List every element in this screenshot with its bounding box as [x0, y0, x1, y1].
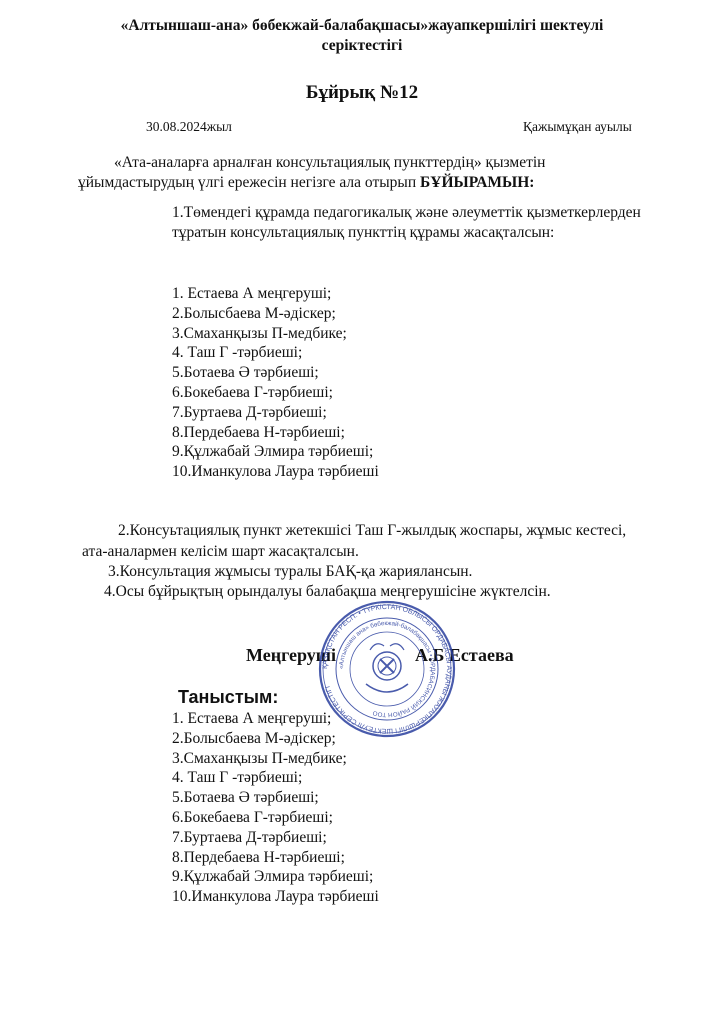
member-item: 9.Құлжабай Элмира тәрбиеші;: [172, 442, 379, 462]
organization-name: «Алтыншаш-ана» бөбекжай-балабақшасы»жауа…: [0, 16, 724, 56]
organization-line-1: «Алтыншаш-ана» бөбекжай-балабақшасы»жауа…: [0, 16, 724, 36]
member-item: 7.Буртаева Д-тәрбиеші;: [172, 403, 379, 423]
order-item-3: 3.Консультация жұмысы туралы БАҚ-қа жари…: [108, 563, 472, 581]
member-item: 5.Ботаева Ә тәрбиеші;: [172, 363, 379, 383]
ack-member-item: 5.Ботаева Ә тәрбиеші;: [172, 788, 379, 808]
member-item: 2.Болысбаева М-әдіскер;: [172, 304, 379, 324]
organization-line-2: серіктестігі: [0, 36, 724, 56]
member-item: 6.Бокебаева Г-тәрбиеші;: [172, 383, 379, 403]
document-place: Қажымұқан ауылы: [523, 119, 632, 135]
order-item-1: 1.Төмендегі құрамда педагогикалық және ә…: [172, 203, 642, 243]
acknowledgement-list: 1. Естаева А меңгеруші; 2.Болысбаева М-ә…: [172, 709, 379, 907]
intro-line-1: «Ата-аналарға арналған консультациялық п…: [78, 153, 698, 173]
member-item: 10.Иманкулова Лаура тәрбиеші: [172, 462, 379, 482]
member-item: 3.Смаханқызы П-медбике;: [172, 324, 379, 344]
ack-member-item: 4. Таш Г -тәрбиеші;: [172, 768, 379, 788]
svg-text:«Алтыншаш ана» бөбекжай-балаба: «Алтыншаш ана» бөбекжай-балабақшасы • ОР…: [338, 620, 436, 718]
intro-paragraph: «Ата-аналарға арналған консультациялық п…: [78, 153, 698, 193]
member-item: 1. Естаева А меңгеруші;: [172, 284, 379, 304]
ack-member-item: 2.Болысбаева М-әдіскер;: [172, 729, 379, 749]
ack-member-item: 9.Құлжабай Элмира тәрбиеші;: [172, 867, 379, 887]
members-list: 1. Естаева А меңгеруші; 2.Болысбаева М-ә…: [172, 284, 379, 482]
member-item: 8.Пердебаева Н-тәрбиеші;: [172, 423, 379, 443]
ack-member-item: 7.Буртаева Д-тәрбиеші;: [172, 828, 379, 848]
order-word: БҰЙЫРАМЫН:: [420, 174, 534, 191]
ack-member-item: 10.Иманкулова Лаура тәрбиеші: [172, 887, 379, 907]
ack-member-item: 3.Смаханқызы П-медбике;: [172, 749, 379, 769]
document-title: Бұйрық №12: [0, 82, 724, 104]
acknowledgement-heading: Таныстым:: [178, 687, 278, 708]
ack-member-item: 8.Пердебаева Н-тәрбиеші;: [172, 848, 379, 868]
ack-member-item: 1. Естаева А меңгеруші;: [172, 709, 379, 729]
order-item-2-line-1: 2.Консуьтациялық пункт жетекшісі Таш Г-ж…: [82, 520, 702, 541]
order-item-4: 4.Осы бұйрықтың орындалуы балабақша меңг…: [104, 583, 551, 601]
ack-member-item: 6.Бокебаева Г-тәрбиеші;: [172, 808, 379, 828]
order-item-2-line-2: ата-аналармен келісім шарт жасақталсын.: [82, 541, 702, 562]
order-item-2: 2.Консуьтациялық пункт жетекшісі Таш Г-ж…: [82, 520, 702, 562]
document-date: 30.08.2024жыл: [146, 119, 232, 135]
intro-line-2-text: ұйымдастырудың үлгі ережесін негізге ала…: [78, 174, 420, 191]
member-item: 4. Таш Г -тәрбиеші;: [172, 343, 379, 363]
intro-line-2: ұйымдастырудың үлгі ережесін негізге ала…: [78, 173, 698, 193]
